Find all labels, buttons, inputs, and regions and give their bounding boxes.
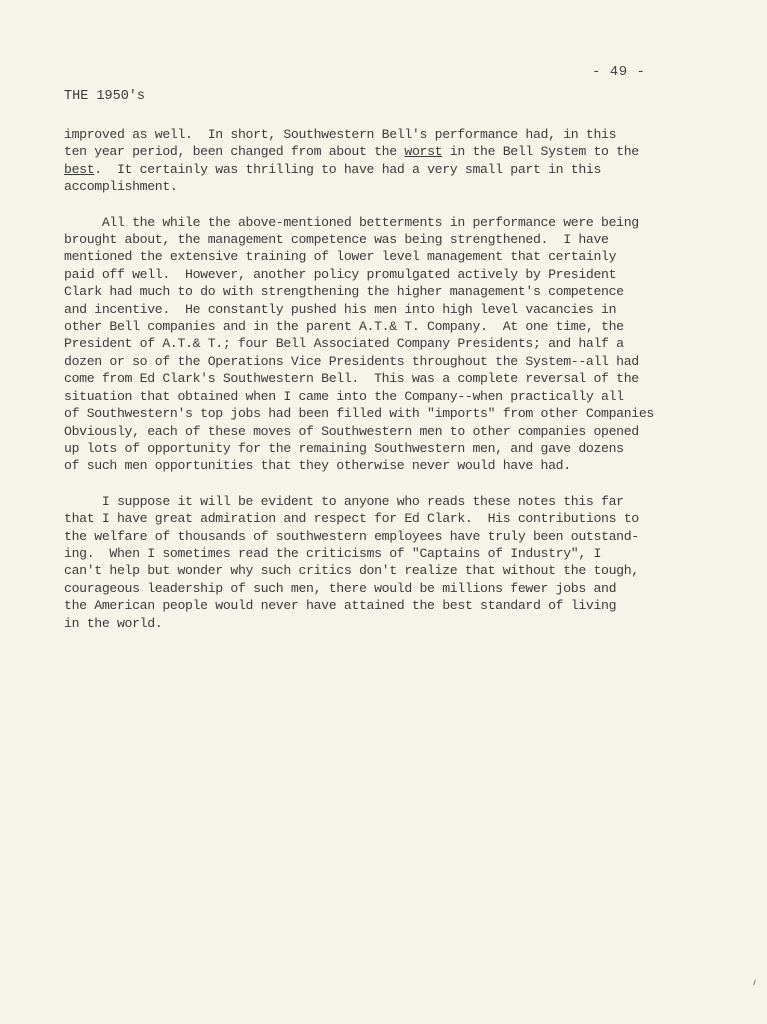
chapter-header: THE 1950's xyxy=(64,89,145,104)
text-line: in the world. xyxy=(64,615,764,632)
text-line: brought about, the management competence… xyxy=(64,231,764,248)
text-line: that I have great admiration and respect… xyxy=(64,510,764,527)
text-line: and incentive. He constantly pushed his … xyxy=(64,301,764,318)
text-line: mentioned the extensive training of lowe… xyxy=(64,248,764,265)
text-line: I suppose it will be evident to anyone w… xyxy=(64,493,764,510)
text-line: of Southwestern's top jobs had been fill… xyxy=(64,405,764,422)
page-number: - 49 - xyxy=(592,64,645,80)
text-line: ten year period, been changed from about… xyxy=(64,143,764,160)
text-line: ing. When I sometimes read the criticism… xyxy=(64,545,764,562)
text-line: Obviously, each of these moves of Southw… xyxy=(64,423,764,440)
text-line: best. It certainly was thrilling to have… xyxy=(64,161,764,178)
underlined-word-worst: worst xyxy=(404,144,442,159)
text-line: President of A.T.& T.; four Bell Associa… xyxy=(64,335,764,352)
text-segment: ten year period, been changed from about… xyxy=(64,144,404,159)
text-line: other Bell companies and in the parent A… xyxy=(64,318,764,335)
text-segment: in the Bell System to the xyxy=(442,144,639,159)
text-line: can't help but wonder why such critics d… xyxy=(64,562,764,579)
body-text: improved as well. In short, Southwestern… xyxy=(64,126,764,650)
text-line: the American people would never have att… xyxy=(64,597,764,614)
text-line: dozen or so of the Operations Vice Presi… xyxy=(64,353,764,370)
paragraph-2: All the while the above-mentioned better… xyxy=(64,214,764,475)
paragraph-3: I suppose it will be evident to anyone w… xyxy=(64,493,764,632)
underlined-word-best: best xyxy=(64,162,94,177)
text-line: Clark had much to do with strengthening … xyxy=(64,283,764,300)
text-line: courageous leadership of such men, there… xyxy=(64,580,764,597)
text-line: accomplishment. xyxy=(64,178,764,195)
text-segment: . It certainly was thrilling to have had… xyxy=(94,162,601,177)
text-line: the welfare of thousands of southwestern… xyxy=(64,528,764,545)
text-line: situation that obtained when I came into… xyxy=(64,388,764,405)
paragraph-1: improved as well. In short, Southwestern… xyxy=(64,126,764,196)
text-line: of such men opportunities that they othe… xyxy=(64,457,764,474)
text-line: paid off well. However, another policy p… xyxy=(64,266,764,283)
text-line: improved as well. In short, Southwestern… xyxy=(64,126,764,143)
document-page: - 49 - THE 1950's improved as well. In s… xyxy=(0,0,767,1024)
paper-speck xyxy=(753,980,756,985)
text-line: up lots of opportunity for the remaining… xyxy=(64,440,764,457)
text-line: All the while the above-mentioned better… xyxy=(64,214,764,231)
text-line: come from Ed Clark's Southwestern Bell. … xyxy=(64,370,764,387)
